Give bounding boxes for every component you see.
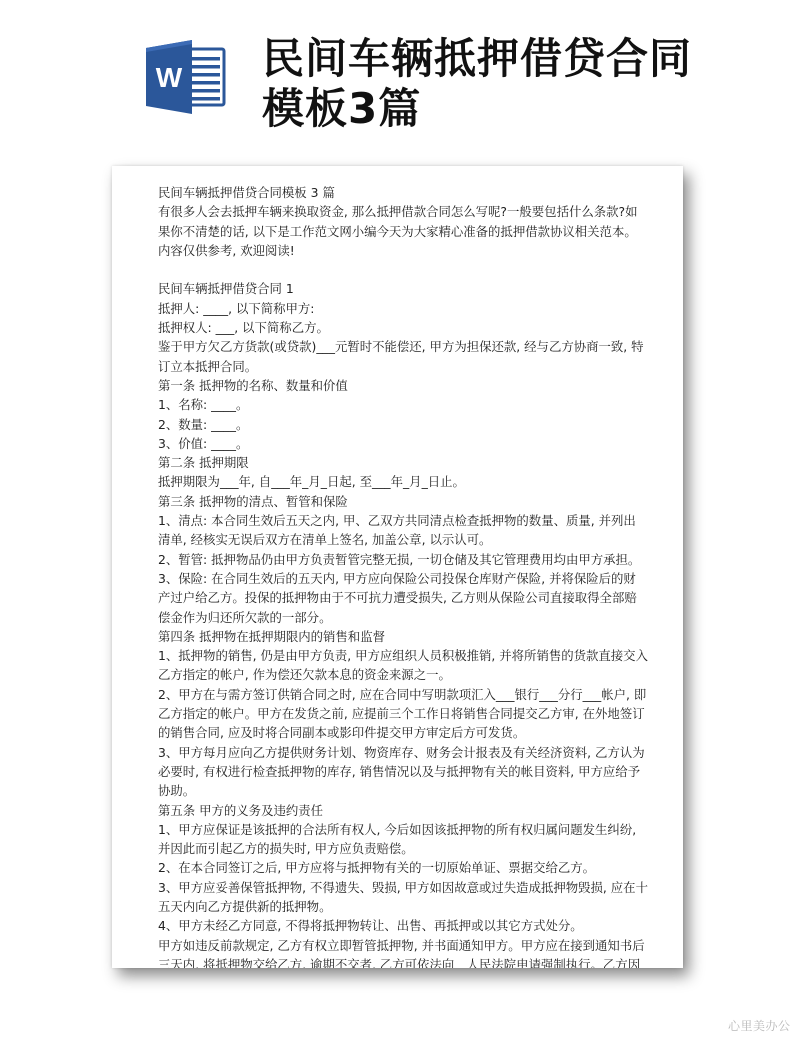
- word-document-icon: W: [144, 40, 228, 114]
- party-b-line: 抵押权人: ___, 以下简称乙方。: [158, 318, 648, 337]
- header: W 民间车辆抵押借贷合同模板3篇: [0, 0, 800, 150]
- preamble-paragraph: 鉴于甲方欠乙方货款(或贷款)___元暂时不能偿还, 甲方为担保还款, 经与乙方协…: [158, 337, 648, 376]
- article-2-heading: 第二条 抵押期限: [158, 453, 648, 472]
- contract-title: 民间车辆抵押借贷合同 1: [158, 279, 648, 298]
- article-5-item-4: 4、甲方未经乙方同意, 不得将抵押物转让、出售、再抵押或以其它方式处分。: [158, 916, 648, 935]
- article-4-heading: 第四条 抵押物在抵押期限内的销售和监督: [158, 627, 648, 646]
- article-4-item-3: 3、甲方每月应向乙方提供财务计划、物资库存、财务会计报表及有关经济资料, 乙方认…: [158, 743, 648, 801]
- blank-line: [158, 260, 648, 279]
- article-4-item-1: 1、抵押物的销售, 仍是由甲方负责, 甲方应组织人员积极推销, 并将所销售的货款…: [158, 646, 648, 685]
- article-5-item-4-continued: 甲方如违反前款规定, 乙方有权立即暂管抵押物, 并书面通知甲方。甲方应在接到通知…: [158, 936, 648, 968]
- document-title: 民间车辆抵押借贷合同模板3篇: [262, 34, 702, 134]
- party-a-line: 抵押人: ____, 以下简称甲方:: [158, 299, 648, 318]
- svg-text:W: W: [156, 62, 183, 93]
- article-4-item-2: 2、甲方在与需方签订供销合同之时, 应在合同中写明款项汇入___银行___分行_…: [158, 685, 648, 743]
- article-5-item-3: 3、甲方应妥善保管抵押物, 不得遗失、毁损, 甲方如因故意或过失造成抵押物毁损,…: [158, 878, 648, 917]
- article-1-item-2: 2、数量: ____。: [158, 415, 648, 434]
- watermark-text: 心里美办公: [728, 1017, 791, 1034]
- article-5-item-2: 2、在本合同签订之后, 甲方应将与抵押物有关的一切原始单证、票据交给乙方。: [158, 858, 648, 877]
- doc-heading: 民间车辆抵押借贷合同模板 3 篇: [158, 183, 648, 202]
- document-page: 民间车辆抵押借贷合同模板 3 篇 有很多人会去抵押车辆来换取资金, 那么抵押借款…: [112, 166, 683, 968]
- article-2-text: 抵押期限为___年, 自___年_月_日起, 至___年_月_日止。: [158, 472, 648, 491]
- article-3-heading: 第三条 抵押物的清点、暂管和保险: [158, 492, 648, 511]
- article-5-heading: 第五条 甲方的义务及违约责任: [158, 801, 648, 820]
- article-1-item-3: 3、价值: ____。: [158, 434, 648, 453]
- article-1-heading: 第一条 抵押物的名称、数量和价值: [158, 376, 648, 395]
- intro-paragraph: 有很多人会去抵押车辆来换取资金, 那么抵押借款合同怎么写呢?一般要包括什么条款?…: [158, 202, 648, 260]
- article-1-item-1: 1、名称: ____。: [158, 395, 648, 414]
- document-body: 民间车辆抵押借贷合同模板 3 篇 有很多人会去抵押车辆来换取资金, 那么抵押借款…: [158, 183, 648, 968]
- article-3-item-2: 2、暂管: 抵押物品仍由甲方负责暂管完整无损, 一切仓储及其它管理费用均由甲方承…: [158, 550, 648, 569]
- article-3-item-1: 1、清点: 本合同生效后五天之内, 甲、乙双方共同清点检查抵押物的数量、质量, …: [158, 511, 648, 550]
- article-3-item-3: 3、保险: 在合同生效后的五天内, 甲方应向保险公司投保仓库财产保险, 并将保险…: [158, 569, 648, 627]
- article-5-item-1: 1、甲方应保证是该抵押的合法所有权人, 今后如因该抵押物的所有权归属问题发生纠纷…: [158, 820, 648, 859]
